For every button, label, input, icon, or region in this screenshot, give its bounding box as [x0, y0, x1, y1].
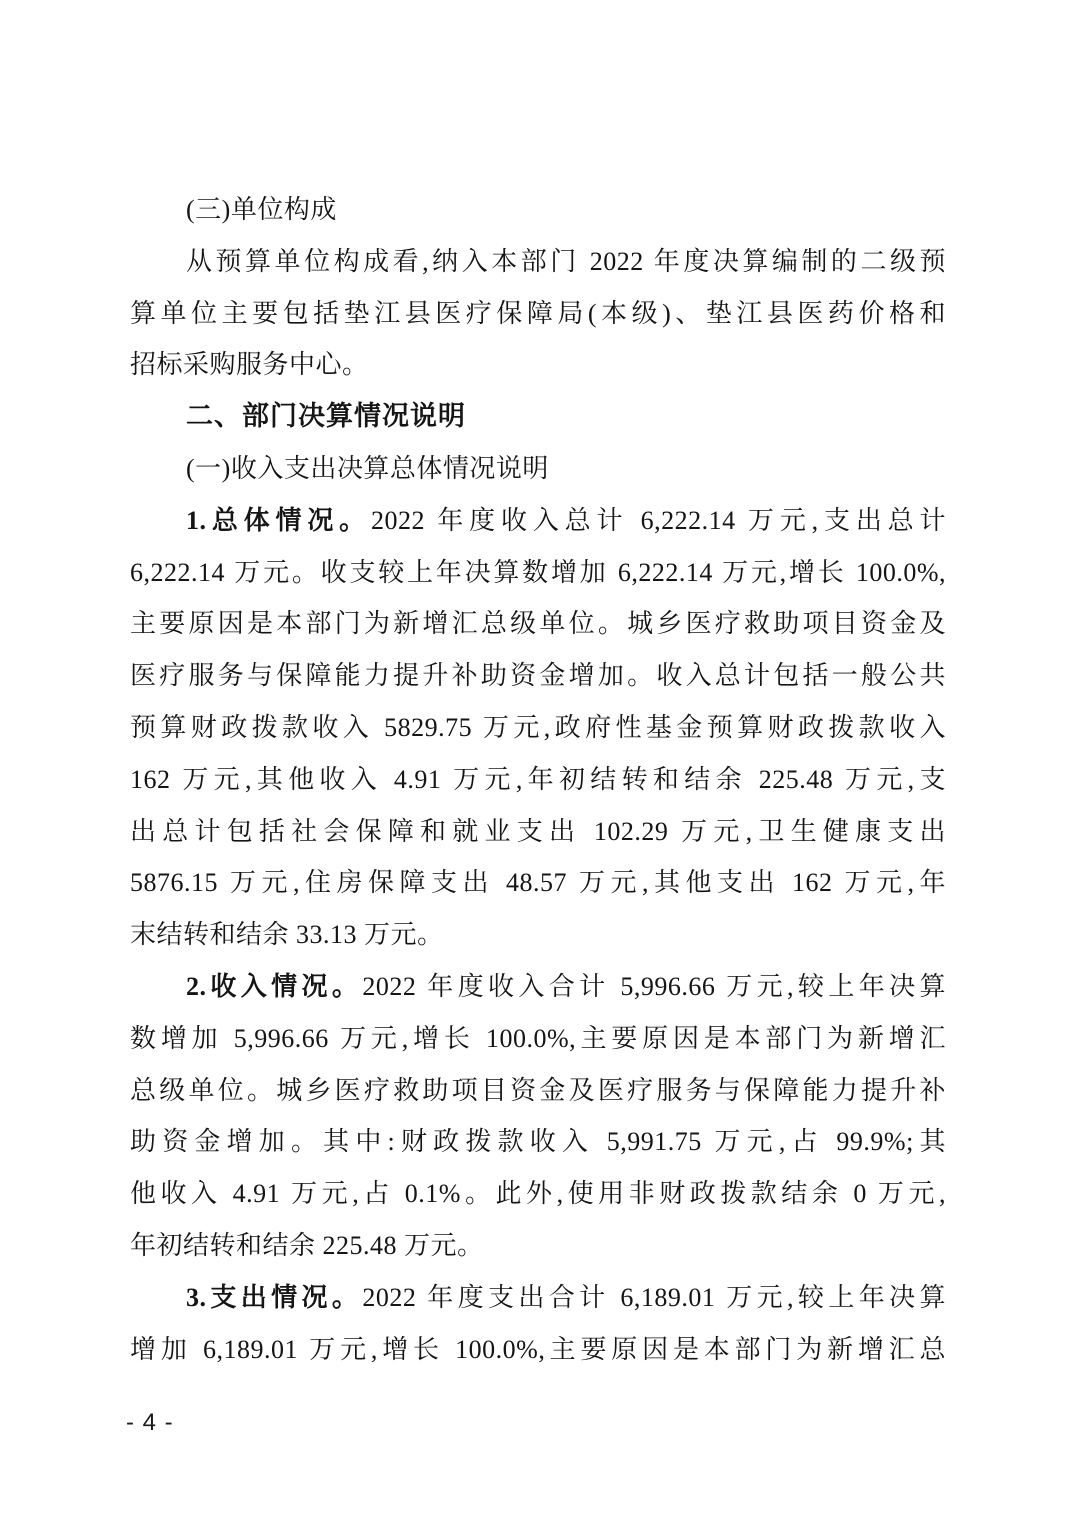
paragraph-income-line: 总级单位。城乡医疗救助项目资金及医疗服务与保障能力提升补 [130, 1065, 946, 1117]
chapter-heading-final-accounts: 二、部门决算情况说明 [130, 391, 946, 443]
paragraph-text: 2022 年度收入合计 5,996.66 万元,较上年决算 [362, 972, 946, 1001]
paragraph-expense-line: 3.支出情况。2022 年度支出合计 6,189.01 万元,较上年决算 [130, 1272, 946, 1324]
paragraph-unit-composition-line: 招标采购服务中心。 [130, 339, 946, 391]
paragraph-overall-line: 162 万元,其他收入 4.91 万元,年初结转和结余 225.48 万元,支 [130, 754, 946, 806]
section-heading-income-expense-overview: (一)收入支出决算总体情况说明 [130, 443, 946, 495]
paragraph-unit-composition-line: 从预算单位构成看,纳入本部门 2022 年度决算编制的二级预 [130, 236, 946, 288]
paragraph-lead-income: 2.收入情况。 [186, 972, 362, 1001]
paragraph-overall-line: 医疗服务与保障能力提升补助资金增加。收入总计包括一般公共 [130, 650, 946, 702]
paragraph-income-line: 他收入 4.91 万元,占 0.1%。此外,使用非财政拨款结余 0 万元, [130, 1168, 946, 1220]
document-page: (三)单位构成 从预算单位构成看,纳入本部门 2022 年度决算编制的二级预 算… [0, 0, 1074, 1520]
paragraph-overall-line: 主要原因是本部门为新增汇总级单位。城乡医疗救助项目资金及 [130, 598, 946, 650]
paragraph-overall-line: 5876.15 万元,住房保障支出 48.57 万元,其他支出 162 万元,年 [130, 857, 946, 909]
paragraph-lead-overall: 1.总体情况。 [186, 506, 371, 535]
paragraph-text: 2022 年度支出合计 6,189.01 万元,较上年决算 [362, 1283, 946, 1312]
paragraph-overall-line: 1.总体情况。2022 年度收入总计 6,222.14 万元,支出总计 [130, 495, 946, 547]
paragraph-income-line: 数增加 5,996.66 万元,增长 100.0%,主要原因是本部门为新增汇 [130, 1013, 946, 1065]
paragraph-text: 2022 年度收入总计 6,222.14 万元,支出总计 [371, 506, 946, 535]
document-body: (三)单位构成 从预算单位构成看,纳入本部门 2022 年度决算编制的二级预 算… [130, 184, 946, 1375]
paragraph-overall-line: 预算财政拨款收入 5829.75 万元,政府性基金预算财政拨款收入 [130, 702, 946, 754]
paragraph-overall-line: 出总计包括社会保障和就业支出 102.29 万元,卫生健康支出 [130, 806, 946, 858]
paragraph-unit-composition-line: 算单位主要包括垫江县医疗保障局(本级)、垫江县医药价格和 [130, 288, 946, 340]
paragraph-income-line: 助资金增加。其中:财政拨款收入 5,991.75 万元,占 99.9%;其 [130, 1116, 946, 1168]
page-number: - 4 - [126, 1406, 174, 1440]
paragraph-income-line: 年初结转和结余 225.48 万元。 [130, 1220, 946, 1272]
paragraph-overall-line: 6,222.14 万元。收支较上年决算数增加 6,222.14 万元,增长 10… [130, 547, 946, 599]
paragraph-overall-line: 末结转和结余 33.13 万元。 [130, 909, 946, 961]
paragraph-expense-line: 增加 6,189.01 万元,增长 100.0%,主要原因是本部门为新增汇总 [130, 1324, 946, 1376]
paragraph-lead-expense: 3.支出情况。 [186, 1283, 362, 1312]
paragraph-income-line: 2.收入情况。2022 年度收入合计 5,996.66 万元,较上年决算 [130, 961, 946, 1013]
section-heading-unit-composition: (三)单位构成 [130, 184, 946, 236]
